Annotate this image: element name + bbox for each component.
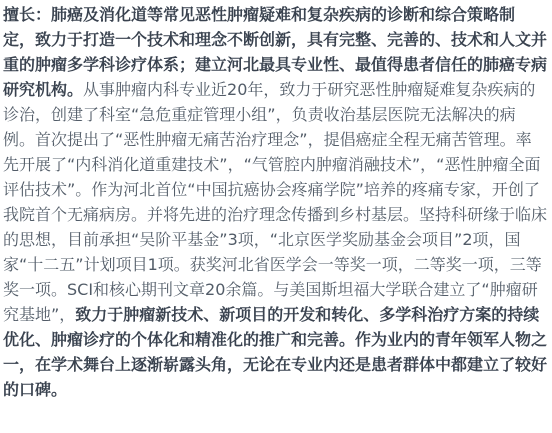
specialty-label: 擅长： (3, 5, 51, 24)
doctor-specialty-description: 擅长：肺癌及消化道等常见恶性肿瘤疑难和复杂疾病的诊断和综合策略制定，致力于打造一… (0, 0, 552, 433)
closing-summary-text: 致力于肿瘤新技术、新项目的开发和转化、多学科治疗方案的持续优化、肿瘤诊疗的个体化… (3, 305, 547, 399)
specialty-paragraph: 擅长：肺癌及消化道等常见恶性肿瘤疑难和复杂疾病的诊断和综合策略制定，致力于打造一… (3, 2, 547, 402)
career-details-text: 从事肿瘤内科专业近20年，致力于研究恶性肿瘤疑难复杂疾病的诊治，创建了科室“急危… (3, 80, 547, 324)
